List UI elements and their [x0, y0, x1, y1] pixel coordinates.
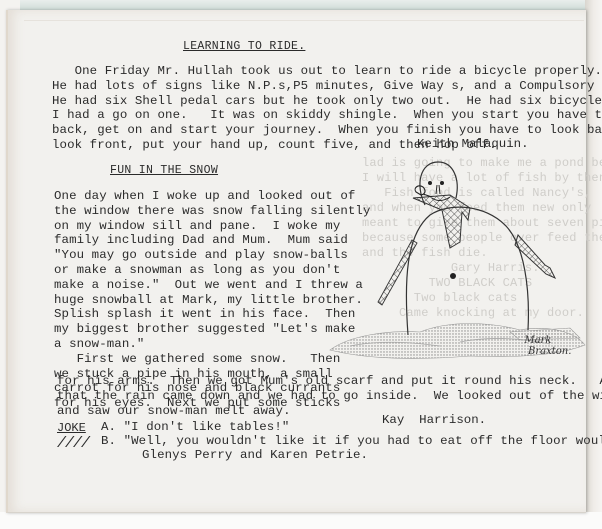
article2-body-wide: for his arms. Then we got Mum's old scar…: [57, 374, 602, 418]
article2-wide-line: that the rain came down and we had to go…: [57, 389, 602, 404]
artist-signature: MarkBraxton.: [518, 324, 571, 357]
joke-line-a: A. "I don't like tables!": [101, 420, 289, 435]
backdrop-bottom: [0, 512, 602, 529]
article2-author: Kay Harrison.: [382, 413, 486, 427]
artist-signature-line2: Braxton.: [528, 346, 571, 357]
article1-author: Keith Malaquin.: [417, 137, 529, 151]
article1-line: He had six Shell pedal cars but he took …: [52, 94, 602, 109]
article1-title: LEARNING TO RIDE.: [183, 40, 305, 53]
article1-line: I had a go on one. It was on skiddy shin…: [52, 108, 602, 123]
article1-line: back, get on and start your journey. Whe…: [52, 123, 602, 138]
joke-marks: ////: [57, 435, 89, 452]
joke-authors: Glenys Perry and Karen Petrie.: [142, 448, 368, 463]
article1-line: One Friday Mr. Hullah took us out to lea…: [52, 64, 602, 79]
article2-title: FUN IN THE SNOW: [110, 164, 218, 177]
joke-label: JOKE: [57, 421, 86, 435]
article1-line: He had lots of signs like N.P.s,P5 minut…: [52, 79, 602, 94]
page-fold-line: [24, 20, 584, 29]
article2-wide-line: and saw our snow-man melt away.: [57, 404, 602, 419]
article2-wide-line: for his arms. Then we got Mum's old scar…: [57, 374, 602, 389]
joke-line-b: B. "Well, you wouldn't like it if you ha…: [101, 434, 602, 449]
artist-signature-line1: Mark: [524, 335, 551, 346]
